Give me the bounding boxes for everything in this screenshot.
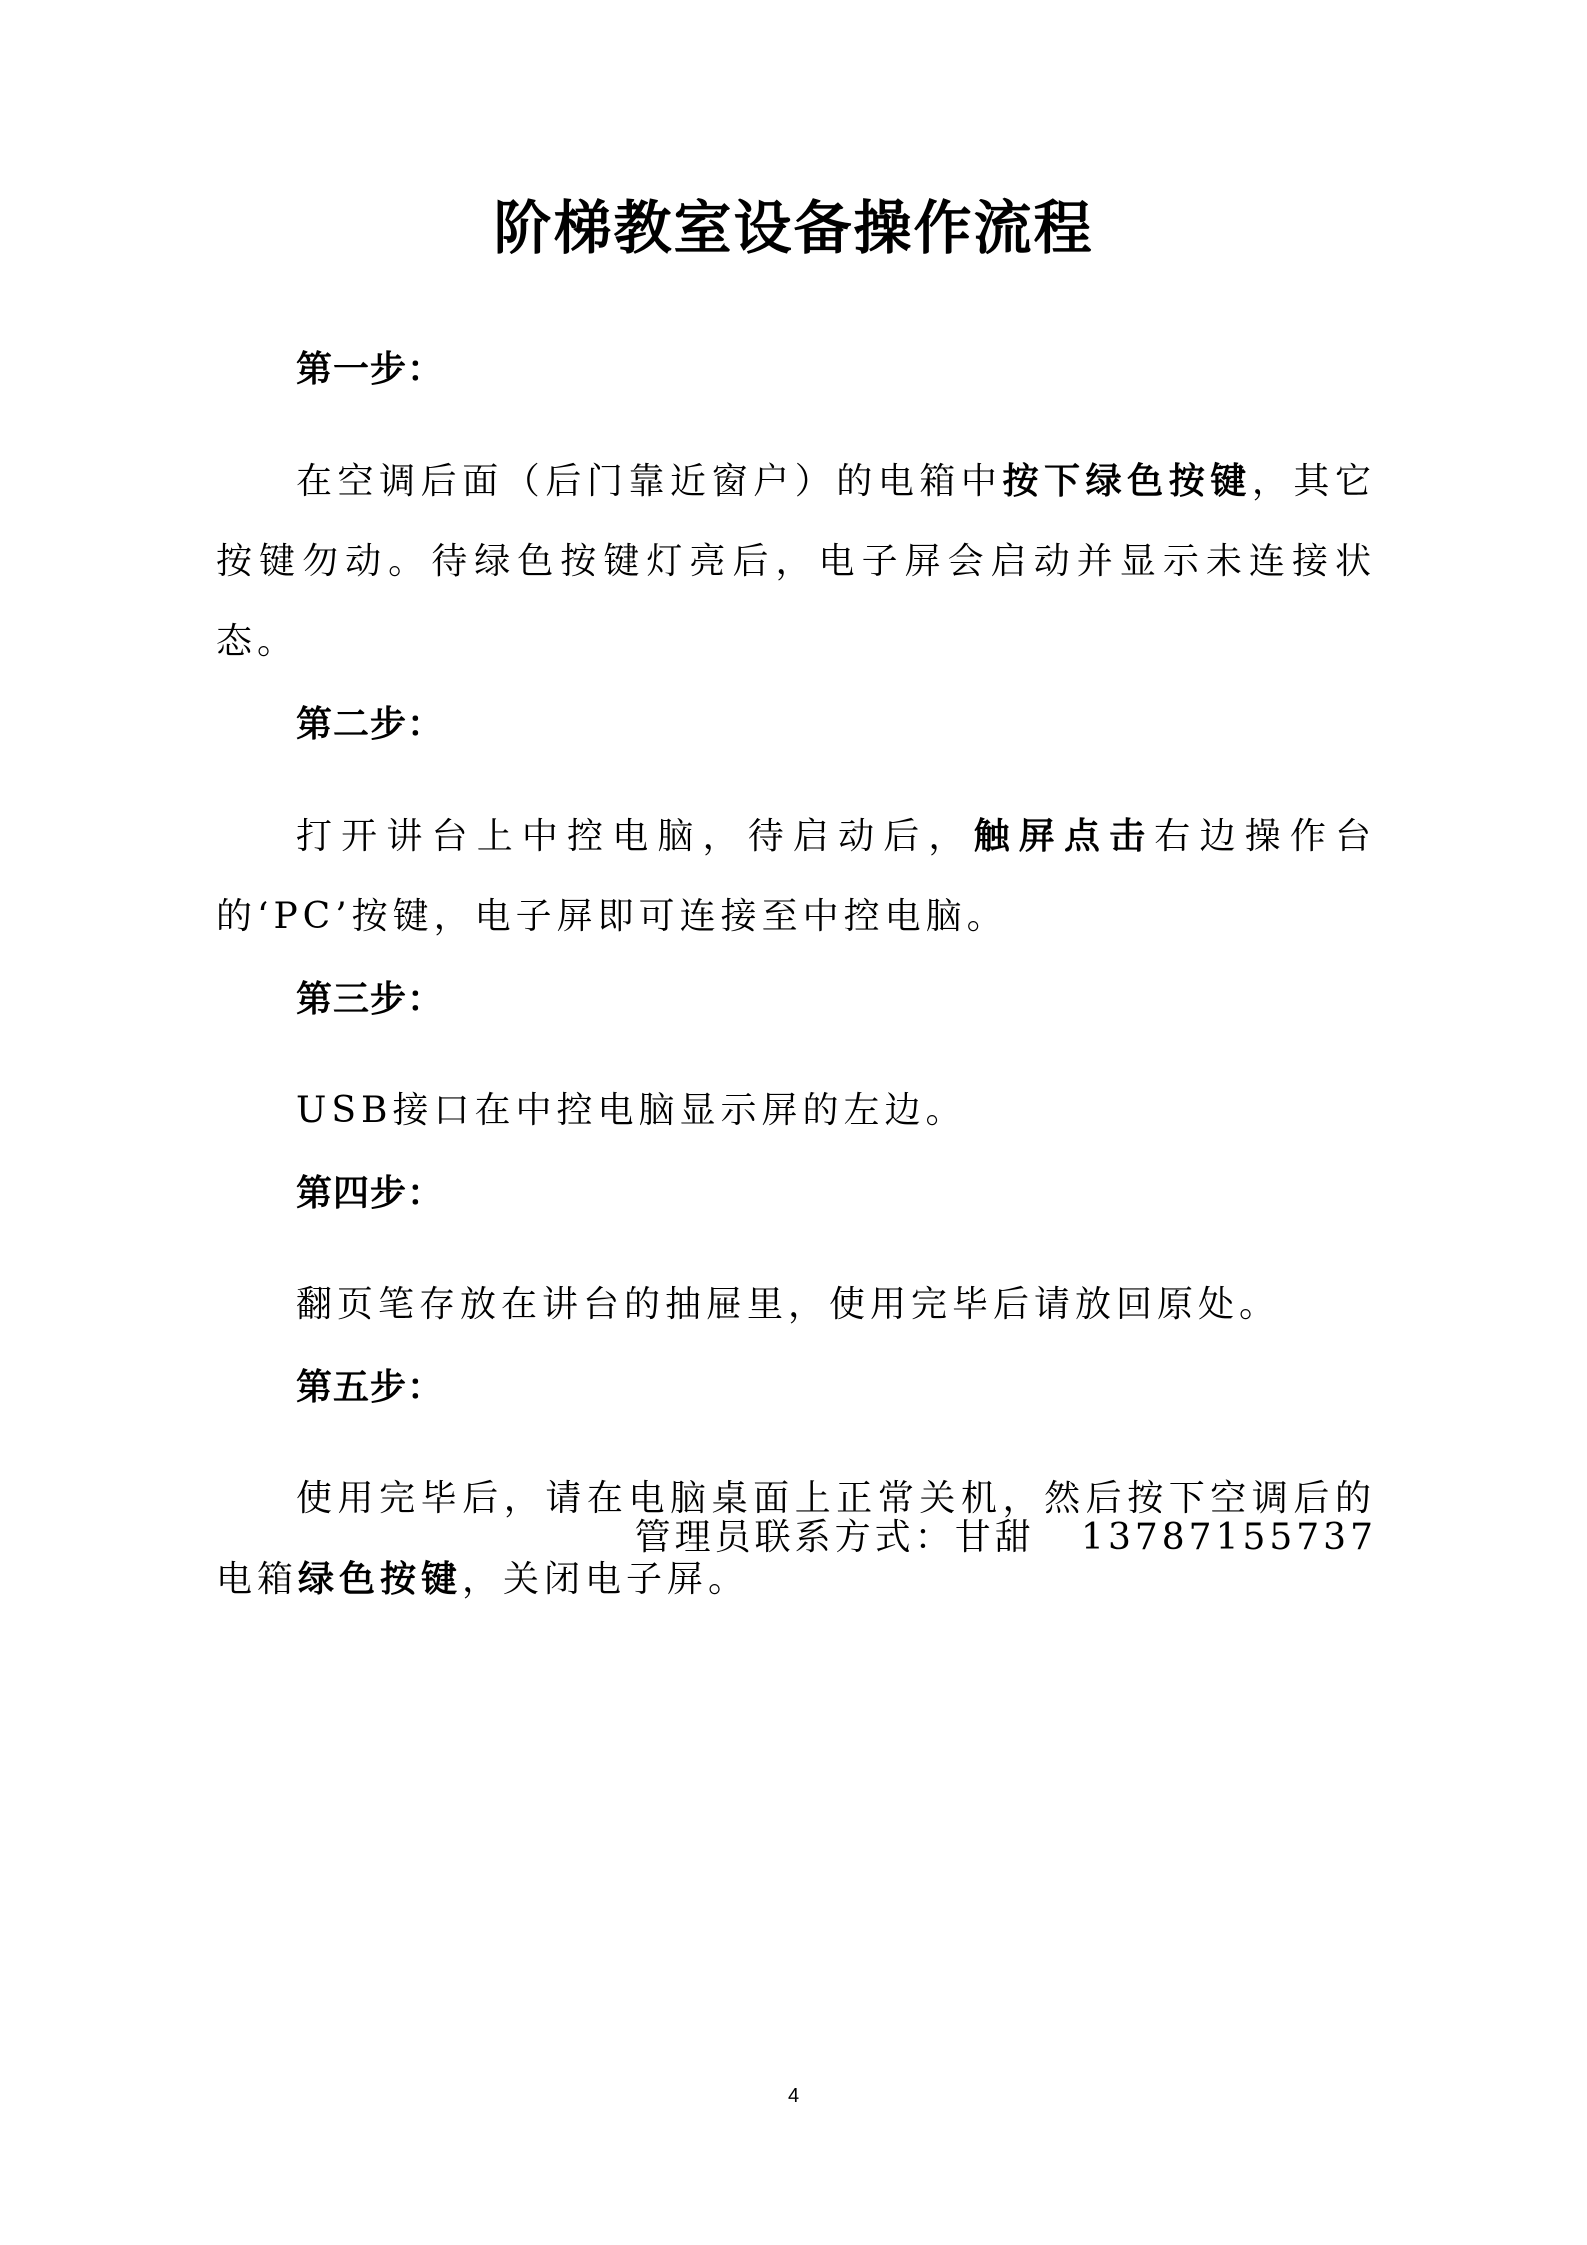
contact-phone: 13787155737 [1081,1517,1377,1558]
contact-label: 管理员联系方式： [635,1517,955,1558]
step-heading: 第五步： [216,1353,1376,1423]
step-4: 第四步： 翻页笔存放在讲台的抽屉里，使用完毕后请放回原处。 [216,1159,1376,1345]
step-body: 翻页笔存放在讲台的抽屉里，使用完毕后请放回原处。 [216,1265,1376,1345]
step-text: USB接口在中控电脑显示屏的左边。 [296,1090,966,1131]
step-text-emphasis: 绿色按键 [298,1558,462,1600]
step-text: 翻页笔存放在讲台的抽屉里，使用完毕后请放回原处。 [296,1284,1280,1325]
step-body: USB接口在中控电脑显示屏的左边。 [216,1071,1376,1151]
step-heading: 第三步： [216,965,1376,1035]
document-page: 阶梯教室设备操作流程 第一步： 在空调后面（后门靠近窗户）的电箱中按下绿色按键，… [0,0,1587,2245]
step-5: 第五步： 使用完毕后，请在电脑桌面上正常关机，然后按下空调后的电箱绿色按键，关闭… [216,1353,1376,1620]
admin-contact: 管理员联系方式：甘甜 13787155737 [635,1508,1377,1568]
contact-name: 甘甜 [955,1517,1035,1558]
step-text-emphasis: 按下绿色按键 [1003,460,1252,502]
steps-container: 第一步： 在空调后面（后门靠近窗户）的电箱中按下绿色按键，其它按键勿动。待绿色按… [216,335,1376,1628]
step-text: 打开讲台上中控电脑，待启动后， [296,816,974,857]
step-heading: 第四步： [216,1159,1376,1229]
page-number: 4 [0,2085,1587,2108]
step-3: 第三步： USB接口在中控电脑显示屏的左边。 [216,965,1376,1151]
step-body: 在空调后面（后门靠近窗户）的电箱中按下绿色按键，其它按键勿动。待绿色按键灯亮后，… [216,441,1376,682]
step-1: 第一步： 在空调后面（后门靠近窗户）的电箱中按下绿色按键，其它按键勿动。待绿色按… [216,335,1376,682]
step-heading: 第一步： [216,335,1376,405]
step-text-emphasis: 触屏点击 [974,815,1155,857]
page-title: 阶梯教室设备操作流程 [0,188,1587,268]
step-text: 在空调后面（后门靠近窗户）的电箱中 [296,461,1003,502]
step-heading: 第二步： [216,690,1376,760]
step-2: 第二步： 打开讲台上中控电脑，待启动后，触屏点击右边操作台的‘PC’按键，电子屏… [216,690,1376,957]
step-body: 打开讲台上中控电脑，待启动后，触屏点击右边操作台的‘PC’按键，电子屏即可连接至… [216,796,1376,957]
